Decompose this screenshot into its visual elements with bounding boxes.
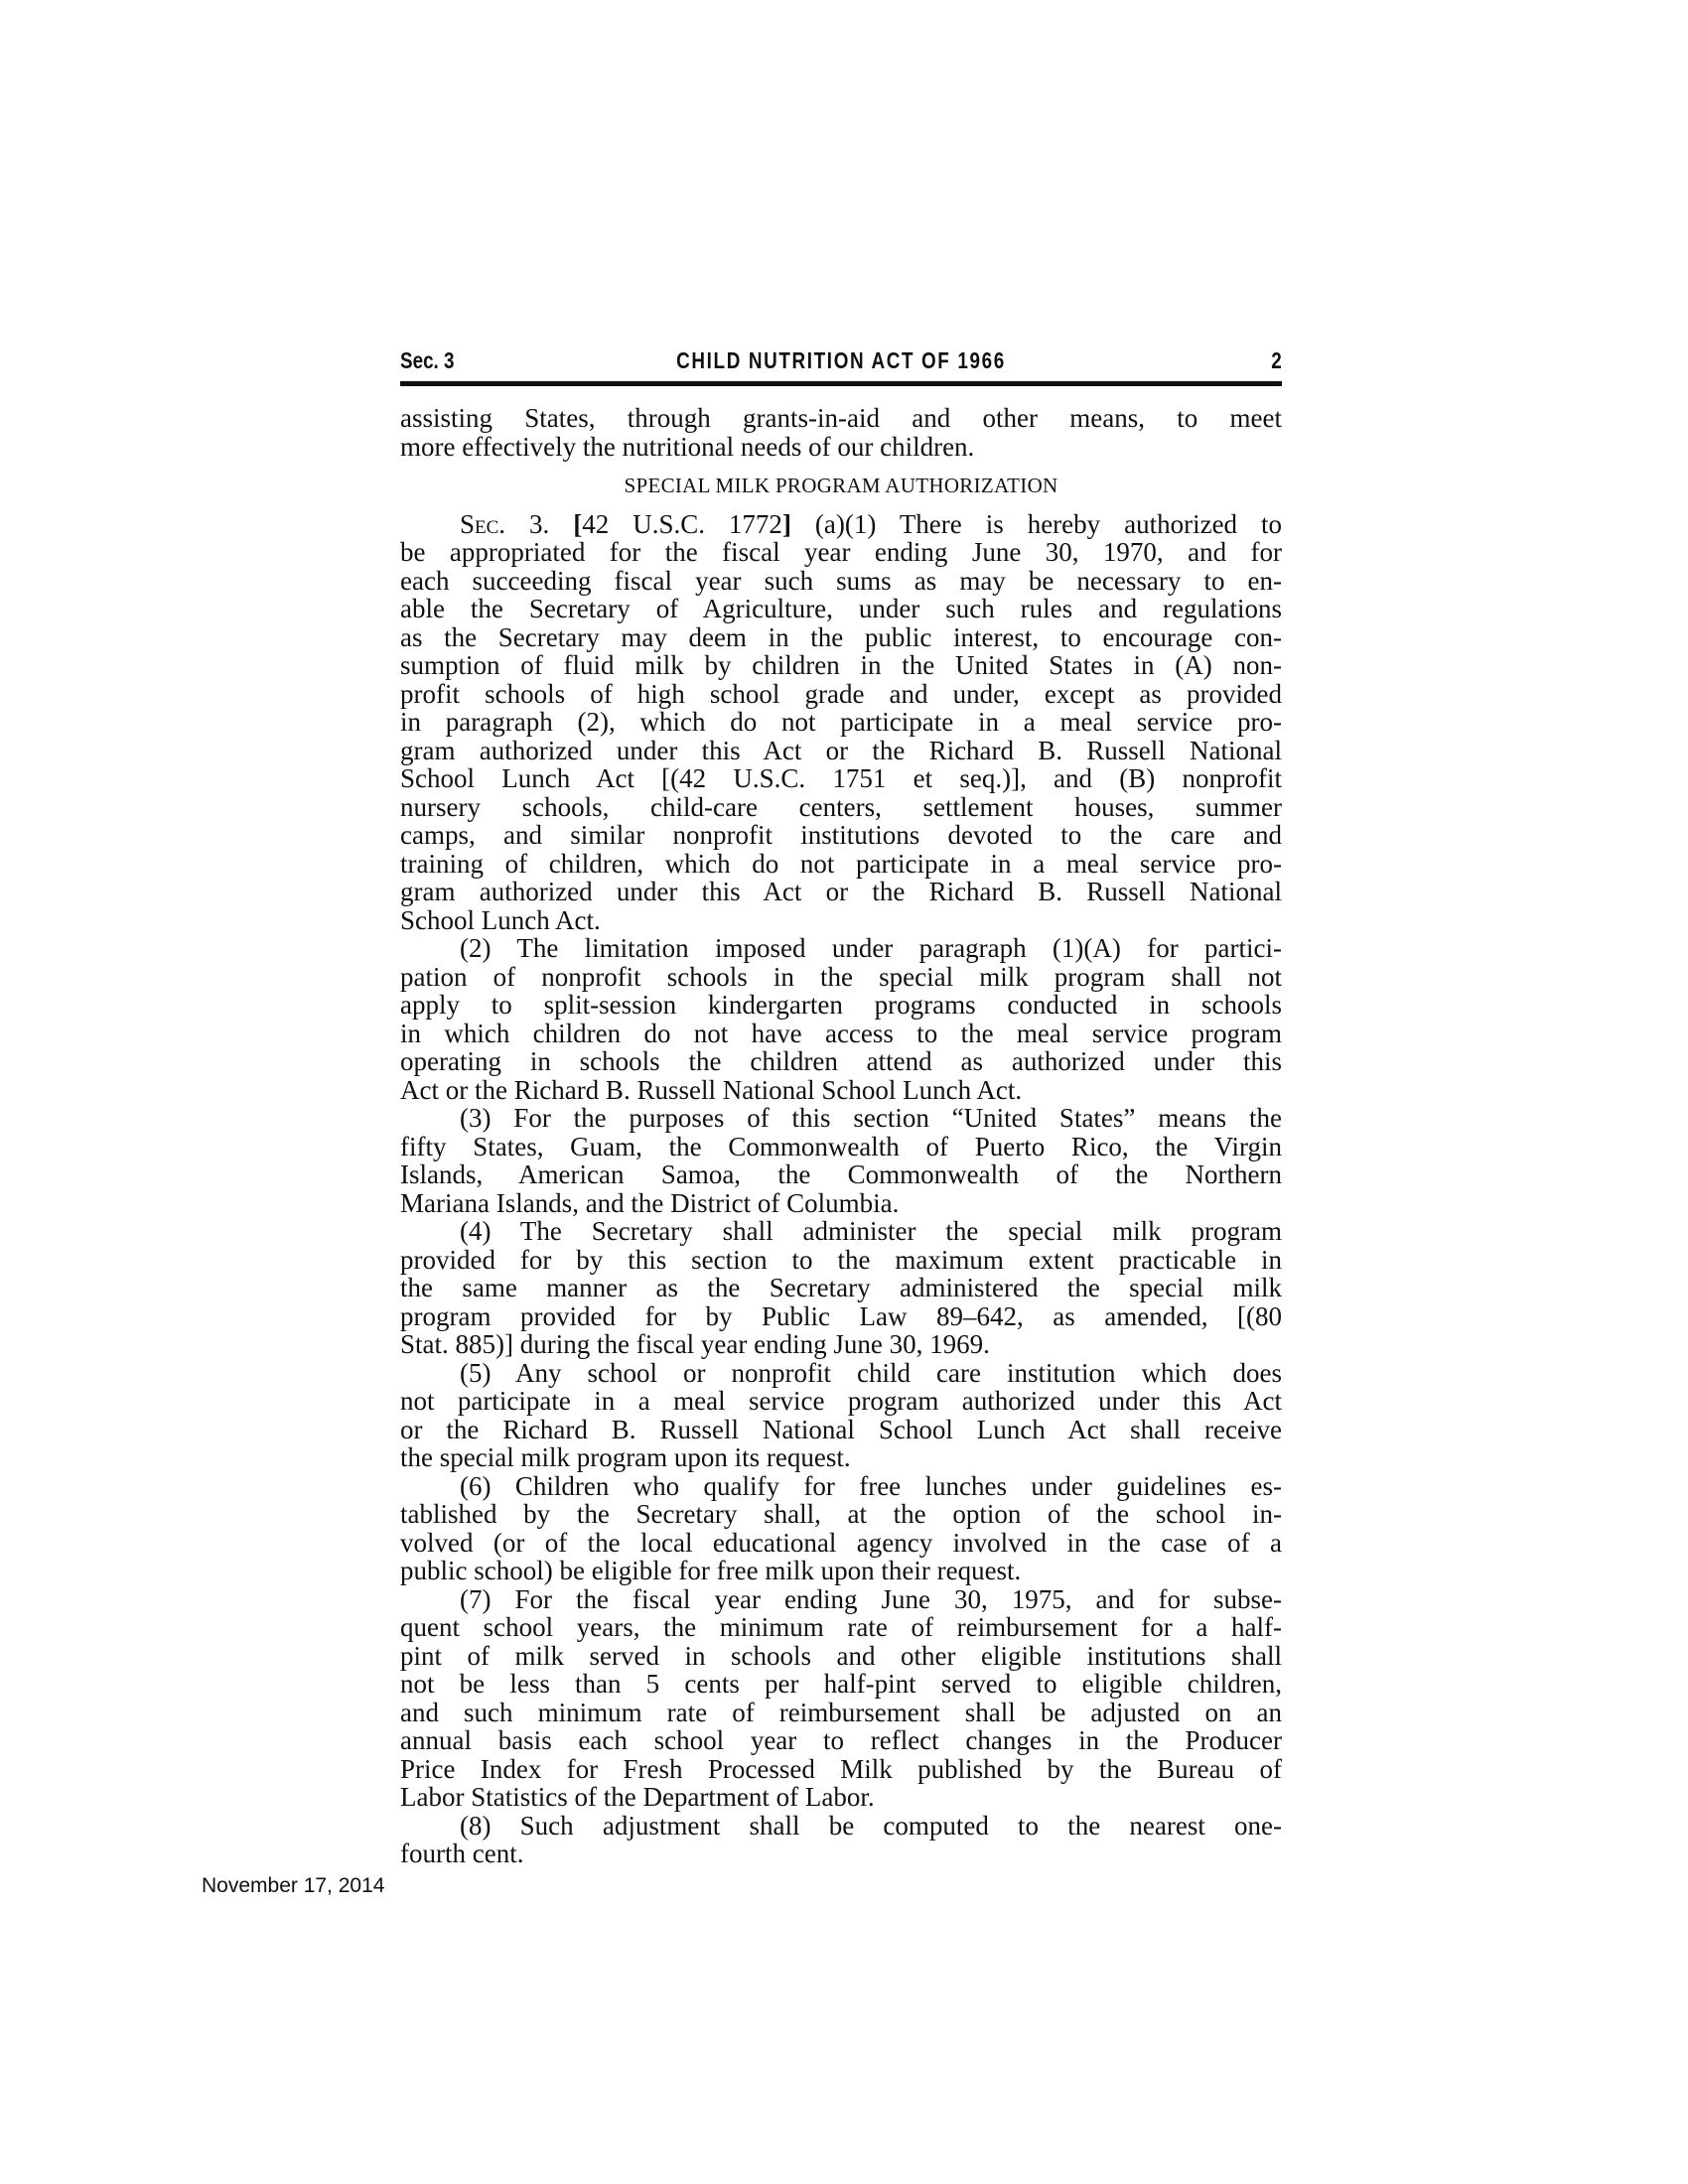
text-line: in paragraph (2), which do not participa…: [400, 708, 1282, 737]
paragraph-5: (5) Any school or nonprofit child care i…: [400, 1359, 1282, 1472]
text-line: nursery schools, child-care centers, set…: [400, 793, 1282, 822]
header-rule: [400, 381, 1282, 386]
paragraph-8: (8) Such adjustment shall be computed to…: [400, 1812, 1282, 1868]
text-line: Stat. 885)] during the fiscal year endin…: [400, 1330, 1282, 1359]
text-line: apply to split-session kindergarten prog…: [400, 991, 1282, 1020]
text-line: public school) be eligible for free milk…: [400, 1557, 1282, 1585]
text-line: Islands, American Samoa, the Commonwealt…: [400, 1160, 1282, 1189]
text-line: in which children do not have access to …: [400, 1020, 1282, 1048]
text-line: (3) For the purposes of this section “Un…: [400, 1104, 1282, 1133]
page-number: 2: [1272, 346, 1282, 374]
document-body: assisting States, through grants-in-aid …: [400, 404, 1282, 1868]
text-line: Mariana Islands, and the District of Col…: [400, 1189, 1282, 1218]
text-line: the special milk program upon its reques…: [400, 1443, 1282, 1472]
paragraph-6: (6) Children who qualify for free lunche…: [400, 1472, 1282, 1585]
text-line: profit schools of high school grade and …: [400, 680, 1282, 709]
text-line: assisting States, through grants-in-aid …: [400, 404, 1282, 433]
text-line: camps, and similar nonprofit institution…: [400, 821, 1282, 850]
paragraph-a1: be appropriated for the fiscal year endi…: [400, 538, 1282, 934]
text-line: gram authorized under this Act or the Ri…: [400, 737, 1282, 765]
text-line: fifty States, Guam, the Commonwealth of …: [400, 1133, 1282, 1161]
paragraph-4: (4) The Secretary shall administer the s…: [400, 1217, 1282, 1359]
text-line: (6) Children who qualify for free lunche…: [400, 1472, 1282, 1501]
text-line: Labor Statistics of the Department of La…: [400, 1783, 1282, 1812]
text-line: annual basis each school year to reflect…: [400, 1726, 1282, 1755]
text-line: (2) The limitation imposed under paragra…: [400, 934, 1282, 963]
text-line: not participate in a meal service progra…: [400, 1387, 1282, 1416]
text-line: Price Index for Fresh Processed Milk pub…: [400, 1755, 1282, 1784]
section-number: Sec. 3: [400, 346, 455, 374]
bracket-open: [: [573, 509, 582, 539]
text-line: volved (or of the local educational agen…: [400, 1529, 1282, 1558]
paragraph-2: (2) The limitation imposed under paragra…: [400, 934, 1282, 1104]
text-line: each succeeding fiscal year such sums as…: [400, 567, 1282, 596]
text-line: School Lunch Act [(42 U.S.C. 1751 et seq…: [400, 764, 1282, 793]
bracket-close: ]: [782, 509, 791, 539]
paragraph-3: (3) For the purposes of this section “Un…: [400, 1104, 1282, 1217]
text-line: (8) Such adjustment shall be computed to…: [400, 1812, 1282, 1841]
text-line: provided for by this section to the maxi…: [400, 1246, 1282, 1275]
text-line: (7) For the fiscal year ending June 30, …: [400, 1585, 1282, 1614]
text-line: fourth cent.: [400, 1840, 1282, 1868]
text-line: able the Secretary of Agriculture, under…: [400, 595, 1282, 623]
section-lead-line: Sec. 3. [42 U.S.C. 1772] (a)(1) There is…: [400, 510, 1282, 539]
usc-citation: 42 U.S.C. 1772: [582, 509, 782, 539]
text-line: (4) The Secretary shall administer the s…: [400, 1217, 1282, 1246]
text-line: not be less than 5 cents per half-pint s…: [400, 1670, 1282, 1699]
document-page: Sec. 3 CHILD NUTRITION ACT OF 1966 2 ass…: [0, 0, 1688, 2184]
footer-date: November 17, 2014: [202, 1874, 384, 1898]
text-line: gram authorized under this Act or the Ri…: [400, 878, 1282, 906]
text-line: operating in schools the children attend…: [400, 1047, 1282, 1076]
text-line: pation of nonprofit schools in the speci…: [400, 963, 1282, 992]
text-line: sumption of fluid milk by children in th…: [400, 651, 1282, 680]
text-line: more effectively the nutritional needs o…: [400, 433, 1282, 462]
text-line: program provided for by Public Law 89–64…: [400, 1302, 1282, 1331]
text-line: be appropriated for the fiscal year endi…: [400, 538, 1282, 567]
text-line: as the Secretary may deem in the public …: [400, 623, 1282, 652]
section-heading: SPECIAL MILK PROGRAM AUTHORIZATION: [400, 472, 1282, 500]
act-title: CHILD NUTRITION ACT OF 1966: [480, 346, 1202, 374]
text-line: or the Richard B. Russell National Schoo…: [400, 1416, 1282, 1444]
section-label: Sec. 3.: [460, 509, 549, 539]
lead-text: (a)(1) There is hereby authorized to: [791, 509, 1282, 539]
text-line: pint of milk served in schools and other…: [400, 1642, 1282, 1671]
text-line: (5) Any school or nonprofit child care i…: [400, 1359, 1282, 1388]
text-line: quent school years, the minimum rate of …: [400, 1613, 1282, 1642]
text-line: School Lunch Act.: [400, 906, 1282, 935]
section-paragraphs: be appropriated for the fiscal year endi…: [400, 538, 1282, 1868]
text-line: Act or the Richard B. Russell National S…: [400, 1076, 1282, 1105]
text-line: training of children, which do not parti…: [400, 850, 1282, 879]
text-line: tablished by the Secretary shall, at the…: [400, 1500, 1282, 1529]
running-head: Sec. 3 CHILD NUTRITION ACT OF 1966 2: [400, 346, 1282, 374]
paragraph-7: (7) For the fiscal year ending June 30, …: [400, 1585, 1282, 1812]
text-line: and such minimum rate of reimbursement s…: [400, 1699, 1282, 1727]
intro-paragraph: assisting States, through grants-in-aid …: [400, 404, 1282, 461]
text-line: the same manner as the Secretary adminis…: [400, 1274, 1282, 1302]
